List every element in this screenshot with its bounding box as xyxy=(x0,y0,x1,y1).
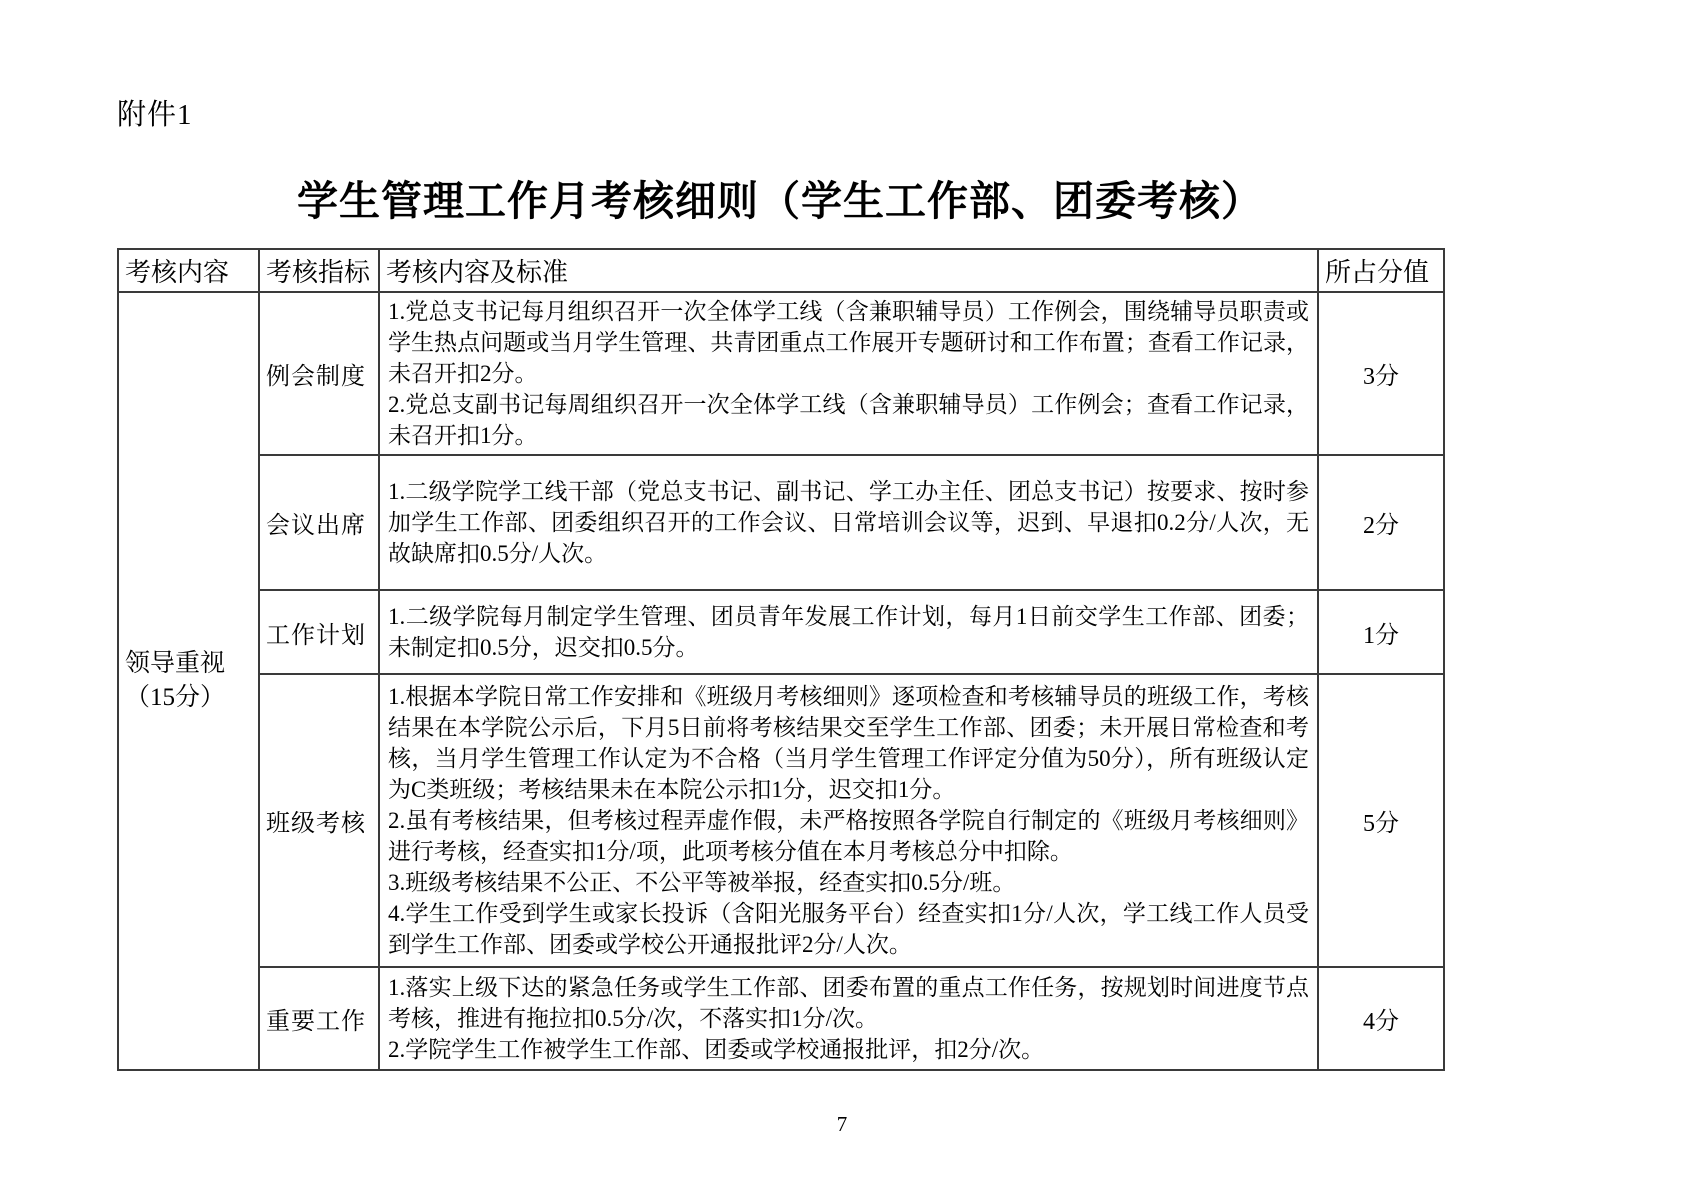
criteria-cell: 1.党总支书记每月组织召开一次全体学工线（含兼职辅导员）工作例会，围绕辅导员职责… xyxy=(379,292,1318,455)
score-cell: 3分 xyxy=(1318,292,1444,455)
score-cell: 4分 xyxy=(1318,967,1444,1070)
header-assessment-indicator: 考核指标 xyxy=(259,249,379,292)
indicator-cell: 班级考核 xyxy=(259,674,379,967)
table-row: 班级考核 1.根据本学院日常工作安排和《班级月考核细则》逐项检查和考核辅导员的班… xyxy=(118,674,1444,967)
category-cell: 领导重视（15分） xyxy=(118,292,259,1070)
indicator-cell: 会议出席 xyxy=(259,455,379,590)
score-cell: 1分 xyxy=(1318,590,1444,674)
criteria-cell: 1.二级学院每月制定学生管理、团员青年发展工作计划，每月1日前交学生工作部、团委… xyxy=(379,590,1318,674)
attachment-label: 附件1 xyxy=(117,92,193,133)
table-header-row: 考核内容 考核指标 考核内容及标准 所占分值 xyxy=(118,249,1444,292)
page-title: 学生管理工作月考核细则（学生工作部、团委考核） xyxy=(0,168,1560,227)
score-cell: 2分 xyxy=(1318,455,1444,590)
assessment-table: 考核内容 考核指标 考核内容及标准 所占分值 领导重视（15分） 例会制度 1.… xyxy=(117,248,1445,1071)
criteria-cell: 1.根据本学院日常工作安排和《班级月考核细则》逐项检查和考核辅导员的班级工作，考… xyxy=(379,674,1318,967)
header-score: 所占分值 xyxy=(1318,249,1444,292)
table-row: 重要工作 1.落实上级下达的紧急任务或学生工作部、团委布置的重点工作任务，按规划… xyxy=(118,967,1444,1070)
header-criteria: 考核内容及标准 xyxy=(379,249,1318,292)
indicator-cell: 例会制度 xyxy=(259,292,379,455)
table-row: 工作计划 1.二级学院每月制定学生管理、团员青年发展工作计划，每月1日前交学生工… xyxy=(118,590,1444,674)
page-number: 7 xyxy=(0,1112,1684,1137)
assessment-table-container: 考核内容 考核指标 考核内容及标准 所占分值 领导重视（15分） 例会制度 1.… xyxy=(117,248,1443,1071)
indicator-cell: 重要工作 xyxy=(259,967,379,1070)
indicator-cell: 工作计划 xyxy=(259,590,379,674)
table-row: 会议出席 1.二级学院学工线干部（党总支书记、副书记、学工办主任、团总支书记）按… xyxy=(118,455,1444,590)
criteria-cell: 1.二级学院学工线干部（党总支书记、副书记、学工办主任、团总支书记）按要求、按时… xyxy=(379,455,1318,590)
table-row: 领导重视（15分） 例会制度 1.党总支书记每月组织召开一次全体学工线（含兼职辅… xyxy=(118,292,1444,455)
criteria-cell: 1.落实上级下达的紧急任务或学生工作部、团委布置的重点工作任务，按规划时间进度节… xyxy=(379,967,1318,1070)
document-page: { "page": { "attachment_label": "附件1", "… xyxy=(0,0,1684,1191)
header-assessment-content: 考核内容 xyxy=(118,249,259,292)
score-cell: 5分 xyxy=(1318,674,1444,967)
